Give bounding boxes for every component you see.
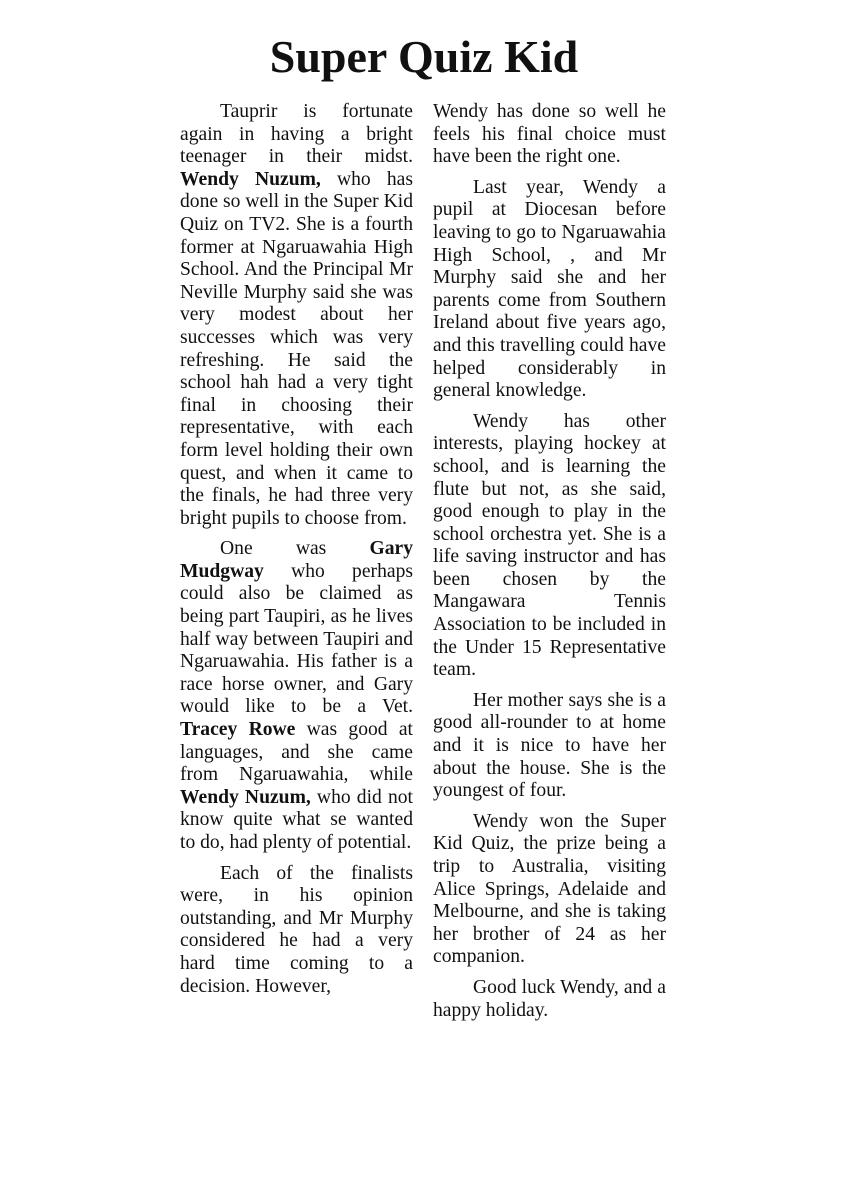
paragraph: Wendy won the Super Kid Quiz, the prize … xyxy=(433,811,666,969)
person-name: Tracey Rowe xyxy=(180,719,295,740)
person-name: Wendy Nuzum, xyxy=(180,169,321,190)
paragraph: Each of the finalists were, in his opini… xyxy=(180,863,413,999)
paragraph: Wendy has done so well he feels his fina… xyxy=(433,101,666,169)
paragraph: Last year, Wendy a pupil at Diocesan bef… xyxy=(433,177,666,403)
text: who has done so well in the Super Kid Qu… xyxy=(180,169,413,529)
text: Tauprir is fortunate again in having a b… xyxy=(180,101,413,167)
article-body: Tauprir is fortunate again in having a b… xyxy=(180,101,666,1030)
paragraph: One was Gary Mudgway who perhaps could a… xyxy=(180,538,413,854)
paragraph: Wendy has other interests, playing hocke… xyxy=(433,411,666,682)
paragraph: Her mother says she is a good all-rounde… xyxy=(433,690,666,803)
column-right: Wendy has done so well he feels his fina… xyxy=(433,101,666,1030)
article-title: Super Quiz Kid xyxy=(0,30,848,84)
person-name: Wendy Nuzum, xyxy=(180,787,311,808)
paragraph: Tauprir is fortunate again in having a b… xyxy=(180,101,413,530)
paragraph: Good luck Wendy, and a happy holiday. xyxy=(433,977,666,1022)
text: who perhaps could also be claimed as bei… xyxy=(180,561,413,718)
column-left: Tauprir is fortunate again in having a b… xyxy=(180,101,413,1030)
text: One was xyxy=(220,538,369,559)
